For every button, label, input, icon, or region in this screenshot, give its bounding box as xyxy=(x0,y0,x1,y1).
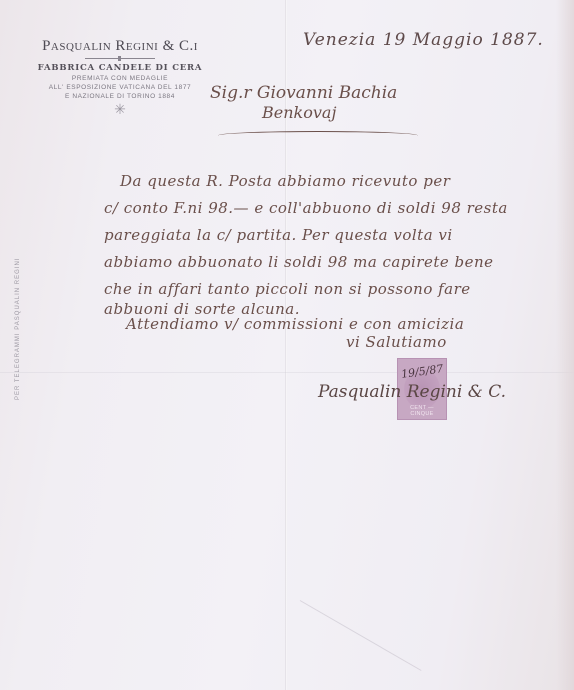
margin-telegram-text: PER TELEGRAMMI PASQUALIN REGINI xyxy=(15,258,21,400)
paper-crease xyxy=(300,600,422,671)
firm-name: Pasqualin Regini & C.i xyxy=(20,38,220,55)
body-line: che in affari tanto piccoli non si posso… xyxy=(104,280,471,298)
letter-sheet: Pasqualin Regini & C.i FABBRICA CANDELE … xyxy=(0,0,574,690)
letterhead: Pasqualin Regini & C.i FABBRICA CANDELE … xyxy=(20,38,220,119)
recipient-place: Benkovaj xyxy=(262,103,336,122)
closing-salutation: vi Salutiamo xyxy=(346,333,447,351)
ornamental-rule xyxy=(85,58,155,59)
star-ornament-icon: ✳ xyxy=(20,102,220,119)
paper-edge xyxy=(556,0,574,690)
letterhead-exposition-line: ALL' ESPOSIZIONE VATICANA DEL 1877 xyxy=(20,84,220,91)
letterhead-turin-line: E NAZIONALE DI TORINO 1884 xyxy=(20,93,220,100)
body-line: Attendiamo v/ commissioni e con amicizia xyxy=(126,315,464,333)
body-line: pareggiata la c/ partita. Per questa vol… xyxy=(104,226,453,244)
letterhead-awards-line: PREMIATA CON MEDAGLIE xyxy=(20,75,220,82)
signature: Pasqualin Regini & C. xyxy=(318,382,506,402)
body-line: Da questa R. Posta abbiamo ricevuto per xyxy=(120,172,450,190)
letter-date: Venezia 19 Maggio 1887. xyxy=(303,30,544,50)
body-line: abbiamo abbuonato li soldi 98 ma capiret… xyxy=(104,253,494,271)
stamp-value: CENT — CINQUE xyxy=(398,405,446,417)
horizontal-fold xyxy=(0,372,574,373)
recipient-name: Sig.r Giovanni Bachia xyxy=(210,83,397,103)
letterhead-subtitle: FABBRICA CANDELE DI CERA xyxy=(20,63,220,73)
body-line: c/ conto F.ni 98.— e coll'abbuono di sol… xyxy=(104,199,508,217)
address-flourish xyxy=(218,131,418,140)
